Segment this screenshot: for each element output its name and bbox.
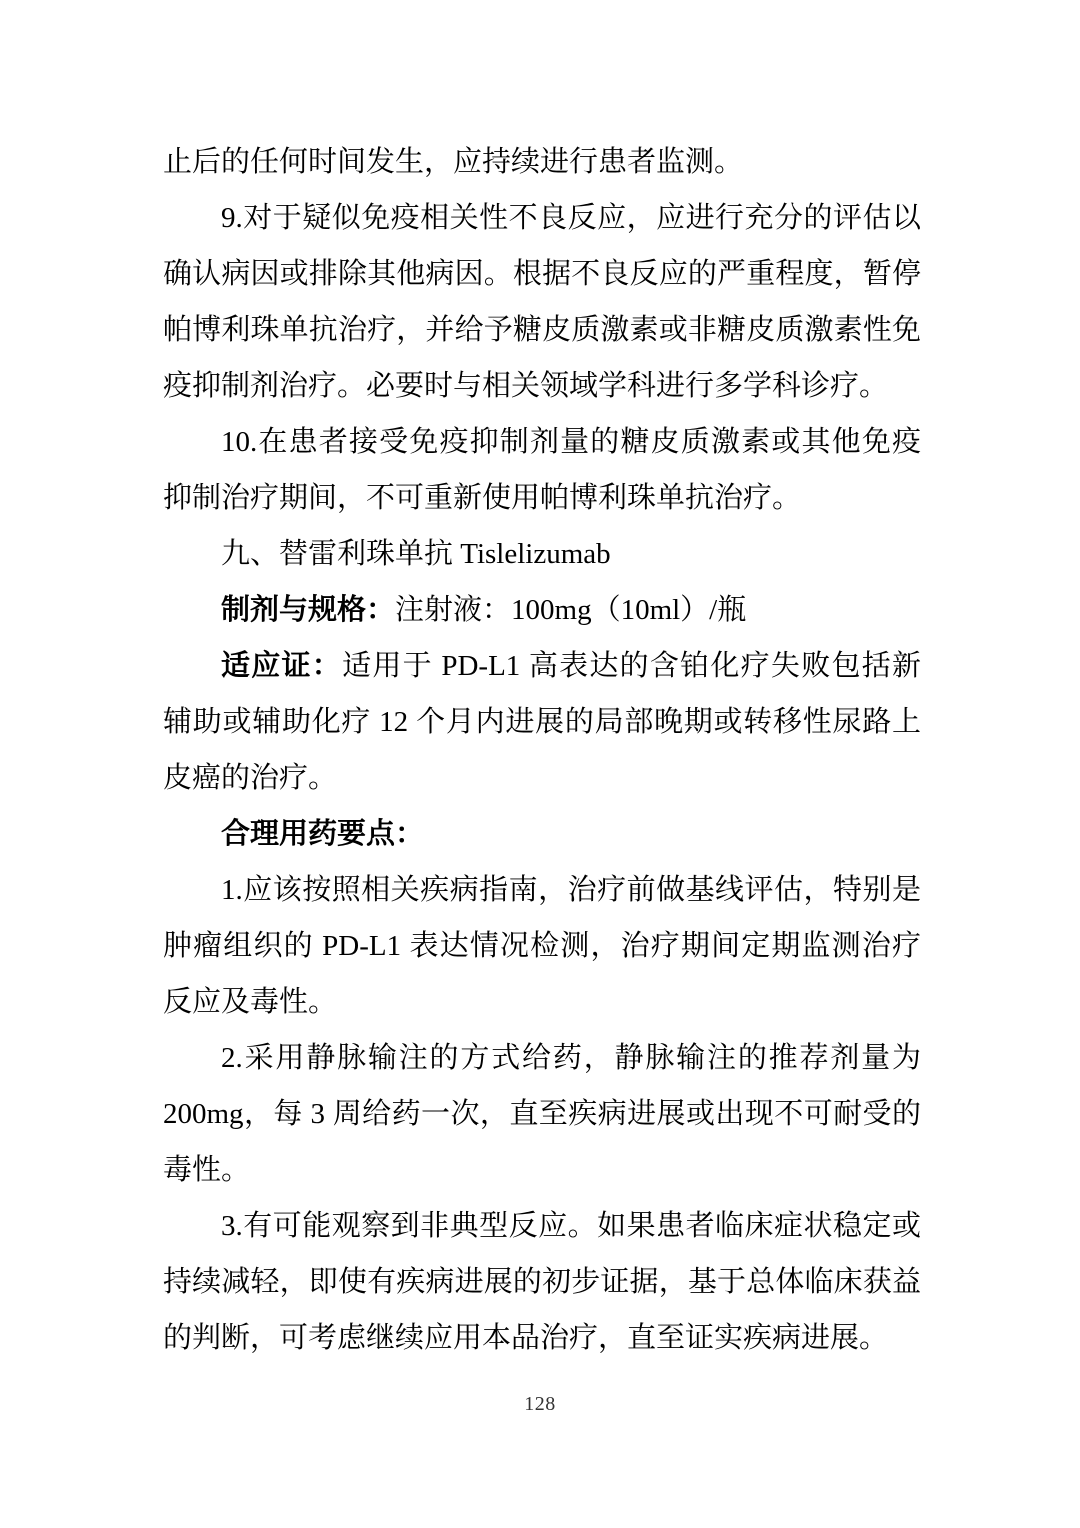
text-segment: 九、替雷利珠单抗 Tislelizumab — [221, 538, 611, 570]
text-segment: 注射液：100mg（10ml）/瓶 — [395, 594, 746, 626]
paragraph: 九、替雷利珠单抗 Tislelizumab — [163, 526, 921, 582]
text-segment: 10.在患者接受免疫抑制剂量的糖皮质激素或其他免疫抑制治疗期间，不可重新使用帕博… — [163, 426, 921, 514]
document-body: 止后的任何时间发生，应持续进行患者监测。9.对于疑似免疫相关性不良反应，应进行充… — [163, 134, 921, 1366]
text-segment: 2.采用静脉输注的方式给药，静脉输注的推荐剂量为 200mg，每 3 周给药一次… — [163, 1042, 921, 1186]
text-segment: 1.应该按照相关疾病指南，治疗前做基线评估，特别是肿瘤组织的 PD-L1 表达情… — [163, 874, 921, 1018]
document-page: 止后的任何时间发生，应持续进行患者监测。9.对于疑似免疫相关性不良反应，应进行充… — [0, 0, 1080, 1528]
paragraph: 2.采用静脉输注的方式给药，静脉输注的推荐剂量为 200mg，每 3 周给药一次… — [163, 1030, 921, 1198]
bold-text-segment: 适应证： — [221, 650, 342, 682]
paragraph: 9.对于疑似免疫相关性不良反应，应进行充分的评估以确认病因或排除其他病因。根据不… — [163, 190, 921, 414]
paragraph: 1.应该按照相关疾病指南，治疗前做基线评估，特别是肿瘤组织的 PD-L1 表达情… — [163, 862, 921, 1030]
bold-text-segment: 合理用药要点： — [221, 818, 424, 850]
paragraph: 合理用药要点： — [163, 806, 921, 862]
paragraph: 10.在患者接受免疫抑制剂量的糖皮质激素或其他免疫抑制治疗期间，不可重新使用帕博… — [163, 414, 921, 526]
paragraph: 制剂与规格：注射液：100mg（10ml）/瓶 — [163, 582, 921, 638]
paragraph: 3.有可能观察到非典型反应。如果患者临床症状稳定或持续减轻，即使有疾病进展的初步… — [163, 1198, 921, 1366]
bold-text-segment: 制剂与规格： — [221, 594, 395, 626]
page-number: 128 — [524, 1393, 556, 1415]
text-segment: 9.对于疑似免疫相关性不良反应，应进行充分的评估以确认病因或排除其他病因。根据不… — [163, 202, 921, 402]
text-segment: 3.有可能观察到非典型反应。如果患者临床症状稳定或持续减轻，即使有疾病进展的初步… — [163, 1210, 921, 1354]
paragraph: 适应证：适用于 PD-L1 高表达的含铂化疗失败包括新辅助或辅助化疗 12 个月… — [163, 638, 921, 806]
paragraph: 止后的任何时间发生，应持续进行患者监测。 — [163, 134, 921, 190]
page-footer: 128 — [0, 1393, 1080, 1416]
text-segment: 止后的任何时间发生，应持续进行患者监测。 — [163, 146, 743, 178]
